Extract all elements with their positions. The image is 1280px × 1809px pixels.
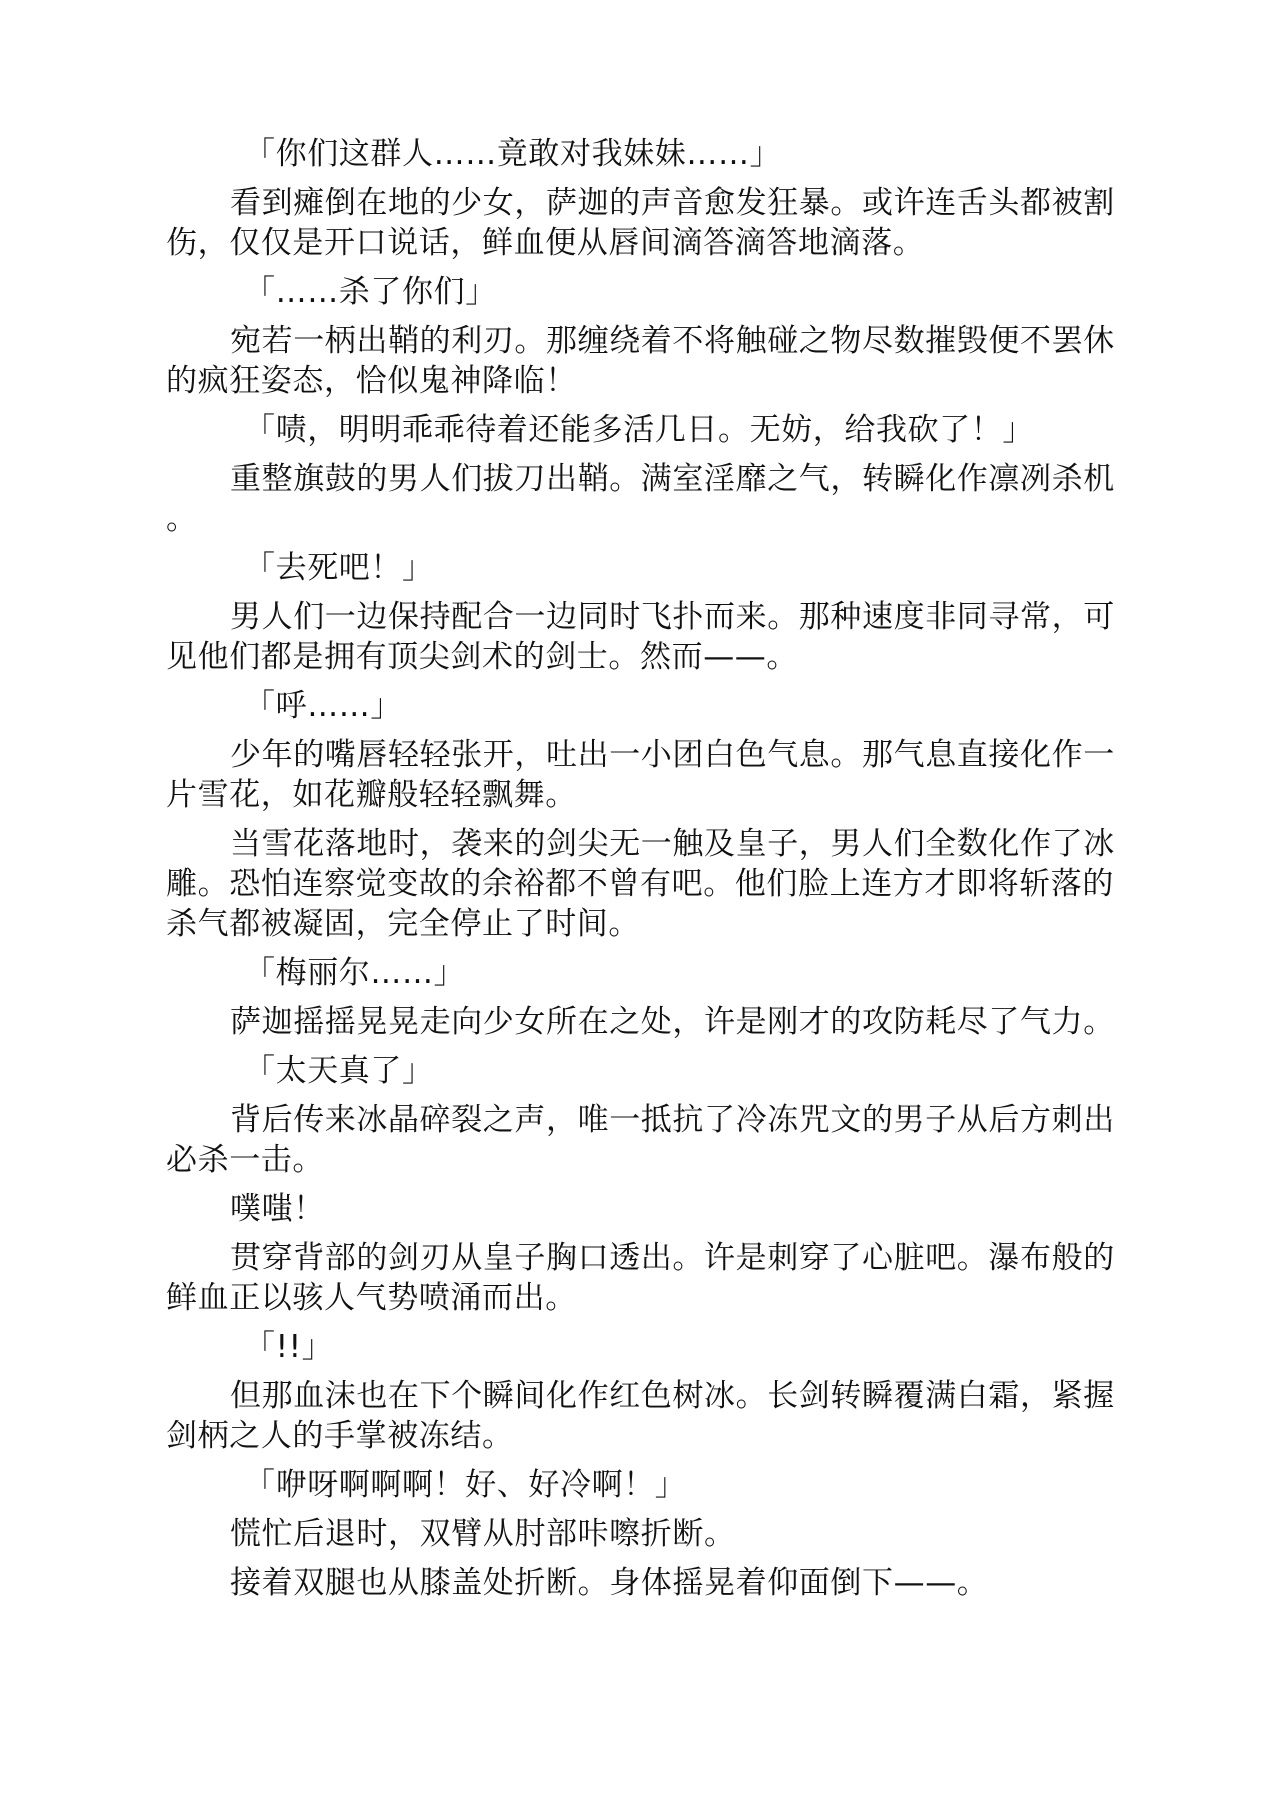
narration-paragraph: 接着双腿也从膝盖处折断。身体摇晃着仰面倒下——。 — [166, 1563, 1118, 1603]
dialogue-paragraph: 「啧，明明乖乖待着还能多活几日。无妨，给我砍了！」 — [166, 410, 1118, 450]
dialogue-paragraph: 「去死吧！」 — [166, 548, 1118, 588]
dialogue-paragraph: 「你们这群人……竟敢对我妹妹……」 — [166, 134, 1118, 174]
narration-paragraph: 萨迦摇摇晃晃走向少女所在之处，许是刚才的攻防耗尽了气力。 — [166, 1002, 1118, 1042]
dialogue-paragraph: 「咿呀啊啊啊！好、好冷啊！」 — [166, 1465, 1118, 1505]
narration-paragraph: 贯穿背部的剑刃从皇子胸口透出。许是刺穿了心脏吧。瀑布般的鲜血正以骇人气势喷涌而出… — [166, 1238, 1118, 1318]
sound-effect-paragraph: 噗嗤！ — [166, 1189, 1118, 1229]
narration-paragraph: 宛若一柄出鞘的利刃。那缠绕着不将触碰之物尽数摧毁便不罢休的疯狂姿态，恰似鬼神降临… — [166, 321, 1118, 401]
narration-paragraph: 男人们一边保持配合一边同时飞扑而来。那种速度非同寻常，可见他们都是拥有顶尖剑术的… — [166, 597, 1118, 677]
dialogue-paragraph: 「梅丽尔……」 — [166, 953, 1118, 993]
dialogue-paragraph: 「!!」 — [166, 1327, 1118, 1367]
narration-paragraph: 背后传来冰晶碎裂之声，唯一抵抗了冷冻咒文的男子从后方刺出必杀一击。 — [166, 1100, 1118, 1180]
dialogue-paragraph: 「呼……」 — [166, 686, 1118, 726]
narration-paragraph: 慌忙后退时，双臂从肘部咔嚓折断。 — [166, 1514, 1118, 1554]
dialogue-paragraph: 「……杀了你们」 — [166, 272, 1118, 312]
narration-paragraph: 但那血沫也在下个瞬间化作红色树冰。长剑转瞬覆满白霜，紧握剑柄之人的手掌被冻结。 — [166, 1376, 1118, 1456]
dialogue-paragraph: 「太天真了」 — [166, 1051, 1118, 1091]
narration-paragraph: 少年的嘴唇轻轻张开，吐出一小团白色气息。那气息直接化作一片雪花，如花瓣般轻轻飘舞… — [166, 735, 1118, 815]
narration-paragraph: 看到瘫倒在地的少女，萨迦的声音愈发狂暴。或许连舌头都被割伤，仅仅是开口说话，鲜血… — [166, 183, 1118, 263]
document-page: 「你们这群人……竟敢对我妹妹……」 看到瘫倒在地的少女，萨迦的声音愈发狂暴。或许… — [166, 134, 1118, 1612]
narration-paragraph: 重整旗鼓的男人们拔刀出鞘。满室淫靡之气，转瞬化作凛冽杀机。 — [166, 459, 1118, 539]
narration-paragraph: 当雪花落地时，袭来的剑尖无一触及皇子，男人们全数化作了冰雕。恐怕连察觉变故的余裕… — [166, 824, 1118, 944]
